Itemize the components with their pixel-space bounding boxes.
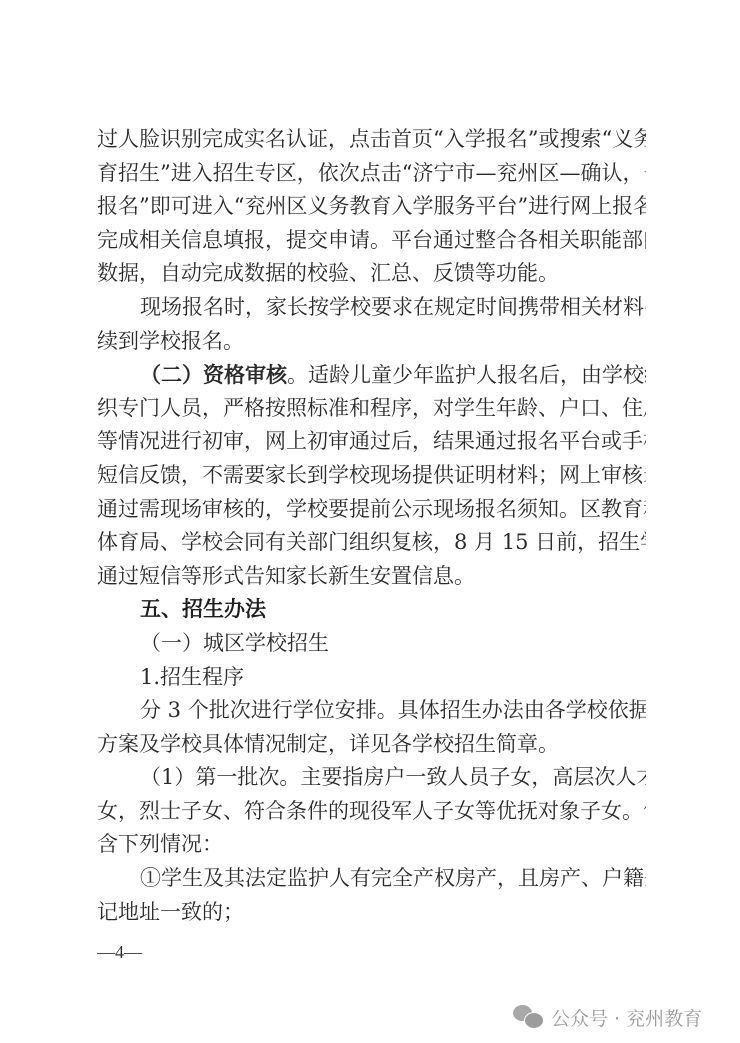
- line-text: 通过需现场审核的，学校要提前公示现场报名须知。区教育和: [97, 497, 646, 521]
- line-text: 织专门人员，严格按照标准和程序，对学生年龄、户口、住房: [97, 396, 646, 420]
- line-text: 育招生”进入招生专区，依次点击“济宁市—兖州区—确认，去: [97, 161, 646, 185]
- text-line: （二）资格审核。适龄儿童少年监护人报名后，由学校组: [97, 358, 646, 392]
- subsection-title: （二）资格审核: [140, 362, 287, 387]
- line-text: （1）第一批次。主要指房户一致人员子女，高层次人才子: [140, 765, 646, 789]
- text-line: （一）城区学校招生: [97, 627, 646, 661]
- line-text: 过人脸识别完成实名认证，点击首页“入学报名”或搜索“义务教: [97, 127, 646, 151]
- line-text: 方案及学校具体情况制定，详见各学校招生简章。: [97, 732, 559, 756]
- line-text: 记地址一致的；: [97, 900, 244, 924]
- text-line: 完成相关信息填报，提交申请。平台通过整合各相关职能部门: [97, 224, 646, 258]
- wechat-icon: [513, 1004, 545, 1030]
- text-line: 体育局、学校会同有关部门组织复核，8 月 15 日前，招生学校: [97, 526, 646, 560]
- text-line: 分 3 个批次进行学位安排。具体招生办法由各学校依据本: [97, 694, 646, 728]
- line-text: 短信反馈，不需要家长到学校现场提供证明材料；网上审核未: [97, 463, 646, 487]
- line-text: ①学生及其法定监护人有完全产权房产，且房产、户籍登: [140, 866, 646, 890]
- line-text: 现场报名时，家长按学校要求在规定时间携带相关材料手: [140, 295, 646, 319]
- text-line: （1）第一批次。主要指房户一致人员子女，高层次人才子: [97, 761, 646, 795]
- line-text: （一）城区学校招生: [140, 631, 329, 655]
- line-text: 1.招生程序: [140, 665, 244, 689]
- text-line: 含下列情况：: [97, 828, 646, 862]
- text-line: 报名”即可进入“兖州区义务教育入学服务平台”进行网上报名，: [97, 190, 646, 224]
- line-text: 报名”即可进入“兖州区义务教育入学服务平台”进行网上报名，: [97, 194, 646, 218]
- text-line: 1.招生程序: [97, 661, 646, 695]
- text-line: 育招生”进入招生专区，依次点击“济宁市—兖州区—确认，去: [97, 157, 646, 191]
- line-text: 等情况进行初审，网上初审通过后，结果通过报名平台或手机: [97, 429, 646, 453]
- document-body: 过人脸识别完成实名认证，点击首页“入学报名”或搜索“义务教育招生”进入招生专区，…: [97, 123, 646, 929]
- line-text: 通过短信等形式告知家长新生安置信息。: [97, 564, 475, 588]
- text-line: 短信反馈，不需要家长到学校现场提供证明材料；网上审核未: [97, 459, 646, 493]
- watermark: 公众号 · 兖州教育: [513, 1003, 702, 1031]
- text-line: 现场报名时，家长按学校要求在规定时间携带相关材料手: [97, 291, 646, 325]
- text-line: 记地址一致的；: [97, 896, 646, 930]
- text-line: 织专门人员，严格按照标准和程序，对学生年龄、户口、住房: [97, 392, 646, 426]
- text-line: 通过短信等形式告知家长新生安置信息。: [97, 560, 646, 594]
- text-line: 数据，自动完成数据的校验、汇总、反馈等功能。: [97, 257, 646, 291]
- line-text: 续到学校报名。: [97, 329, 244, 353]
- text-line: 通过需现场审核的，学校要提前公示现场报名须知。区教育和: [97, 493, 646, 527]
- text-line: 过人脸识别完成实名认证，点击首页“入学报名”或搜索“义务教: [97, 123, 646, 157]
- text-line: ①学生及其法定监护人有完全产权房产，且房产、户籍登: [97, 862, 646, 896]
- watermark-text: 公众号 · 兖州教育: [551, 1004, 702, 1031]
- section-heading: 五、招生办法: [97, 593, 646, 627]
- page-number: —4—: [97, 940, 142, 964]
- line-text: 五、招生办法: [140, 597, 266, 621]
- line-text: 含下列情况：: [97, 832, 223, 856]
- line-text: 完成相关信息填报，提交申请。平台通过整合各相关职能部门: [97, 228, 646, 252]
- text-line: 方案及学校具体情况制定，详见各学校招生简章。: [97, 728, 646, 762]
- text-line: 等情况进行初审，网上初审通过后，结果通过报名平台或手机: [97, 425, 646, 459]
- line-text: 分 3 个批次进行学位安排。具体招生办法由各学校依据本: [140, 698, 646, 722]
- text-line: 女，烈士子女、符合条件的现役军人子女等优抚对象子女。包: [97, 795, 646, 829]
- text-line: 续到学校报名。: [97, 325, 646, 359]
- line-text: 数据，自动完成数据的校验、汇总、反馈等功能。: [97, 261, 559, 285]
- line-text: 女，烈士子女、符合条件的现役军人子女等优抚对象子女。包: [97, 799, 646, 823]
- line-text: 体育局、学校会同有关部门组织复核，8 月 15 日前，招生学校: [97, 530, 646, 554]
- line-text: 。适龄儿童少年监护人报名后，由学校组: [287, 363, 646, 387]
